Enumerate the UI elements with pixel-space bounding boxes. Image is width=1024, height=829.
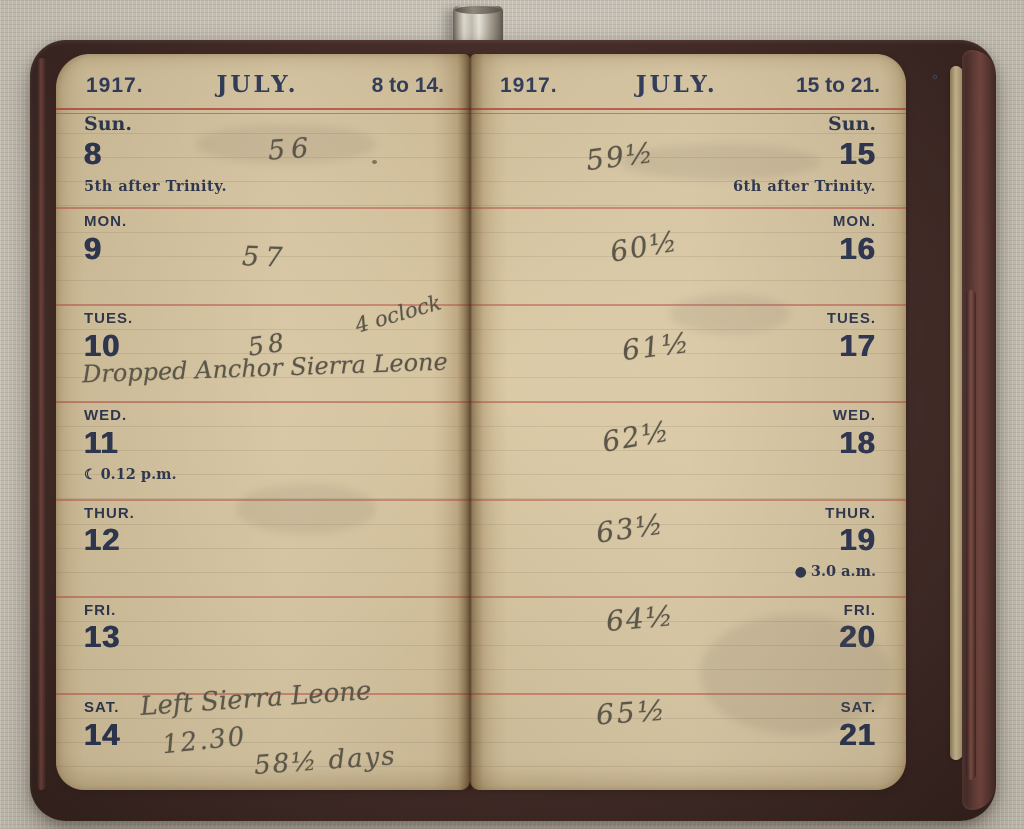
weekday-label: FRI. bbox=[840, 603, 876, 619]
month-label: JULY. bbox=[636, 71, 718, 98]
day-number: 8 bbox=[84, 138, 227, 171]
moon-time: 0.12 p.m. bbox=[101, 466, 177, 483]
day-row-thur-19: THUR. 19 ●3.0 a.m. bbox=[470, 499, 906, 596]
day-number: 20 bbox=[840, 621, 876, 654]
day-number: 16 bbox=[833, 233, 876, 266]
year-label: 1917. bbox=[86, 74, 144, 98]
day-row-sun-15: Sun. 15 6th after Trinity. bbox=[470, 110, 906, 207]
right-page-header: 1917. JULY. 15 to 21. ° bbox=[470, 54, 906, 110]
day-row-wed-18: WED. 18 bbox=[470, 401, 906, 498]
day-number: 17 bbox=[827, 330, 876, 363]
cover-flap-ridge bbox=[966, 290, 976, 780]
cover-left-edge bbox=[37, 58, 46, 790]
church-calendar-note: 5th after Trinity. bbox=[84, 179, 227, 194]
weekday-label: WED. bbox=[84, 408, 177, 424]
month-label: JULY. bbox=[217, 71, 299, 98]
day-row-fri-20: FRI. 20 bbox=[470, 596, 906, 693]
day-number: 18 bbox=[833, 427, 876, 460]
degree-mark: ° bbox=[932, 72, 938, 89]
handwritten-entry: 56 bbox=[267, 132, 315, 166]
day-number: 21 bbox=[840, 719, 876, 752]
weekday-label: MON. bbox=[84, 214, 127, 230]
handwritten-entry: 57 bbox=[241, 241, 288, 274]
weekday-label: THUR. bbox=[795, 506, 876, 522]
new-moon-icon: ● bbox=[795, 564, 807, 580]
day-number: 15 bbox=[733, 138, 876, 171]
handwritten-entry: 64½ bbox=[605, 599, 676, 638]
weekday-label: TUES. bbox=[827, 311, 876, 327]
day-row-thur-12: THUR. 12 bbox=[56, 499, 470, 596]
day-number: 13 bbox=[84, 621, 120, 654]
handwritten-entry: 65½ bbox=[595, 694, 669, 732]
weekday-label: TUES. bbox=[84, 311, 133, 327]
day-number: 11 bbox=[84, 427, 177, 460]
day-number: 14 bbox=[84, 719, 120, 752]
left-page: 1917. JULY. 8 to 14. Sun. 8 5th after Tr… bbox=[56, 54, 470, 790]
day-number: 10 bbox=[84, 330, 133, 363]
moon-phase-note: ☾0.12 p.m. bbox=[84, 467, 177, 483]
paper-speck bbox=[372, 160, 377, 164]
day-row-sun-8: Sun. 8 5th after Trinity. bbox=[56, 110, 470, 207]
year-label: 1917. bbox=[500, 74, 558, 98]
weekday-label: SAT. bbox=[84, 700, 120, 716]
day-number: 19 bbox=[795, 524, 876, 557]
weekday-label: Sun. bbox=[84, 115, 227, 135]
weekday-label: SAT. bbox=[840, 700, 876, 716]
photograph-background: 1917. JULY. 8 to 14. Sun. 8 5th after Tr… bbox=[0, 0, 1024, 829]
week-range-label: 8 to 14. bbox=[372, 74, 444, 98]
day-number: 12 bbox=[84, 524, 135, 557]
day-row-mon-16: MON. 16 bbox=[470, 207, 906, 304]
weekday-label: WED. bbox=[833, 408, 876, 424]
day-row-wed-11: WED. 11 ☾0.12 p.m. bbox=[56, 401, 470, 498]
day-number: 9 bbox=[84, 233, 127, 266]
weekday-label: THUR. bbox=[84, 506, 135, 522]
weekday-label: FRI. bbox=[84, 603, 120, 619]
right-page: 1917. JULY. 15 to 21. ° Sun. 15 6th afte… bbox=[470, 54, 906, 790]
left-page-header: 1917. JULY. 8 to 14. bbox=[56, 54, 470, 110]
last-quarter-moon-icon: ☾ bbox=[84, 467, 97, 483]
week-range-label: 15 to 21. bbox=[796, 74, 880, 98]
moon-time: 3.0 a.m. bbox=[811, 563, 876, 580]
church-calendar-note: 6th after Trinity. bbox=[733, 179, 876, 194]
day-row-fri-13: FRI. 13 bbox=[56, 596, 470, 693]
right-day-rows: Sun. 15 6th after Trinity. MON. 16 TUES.… bbox=[470, 110, 906, 790]
moon-phase-note: ●3.0 a.m. bbox=[795, 564, 876, 580]
weekday-label: Sun. bbox=[733, 115, 876, 135]
weekday-label: MON. bbox=[833, 214, 876, 230]
day-row-sat-21: SAT. 21 bbox=[470, 693, 906, 790]
